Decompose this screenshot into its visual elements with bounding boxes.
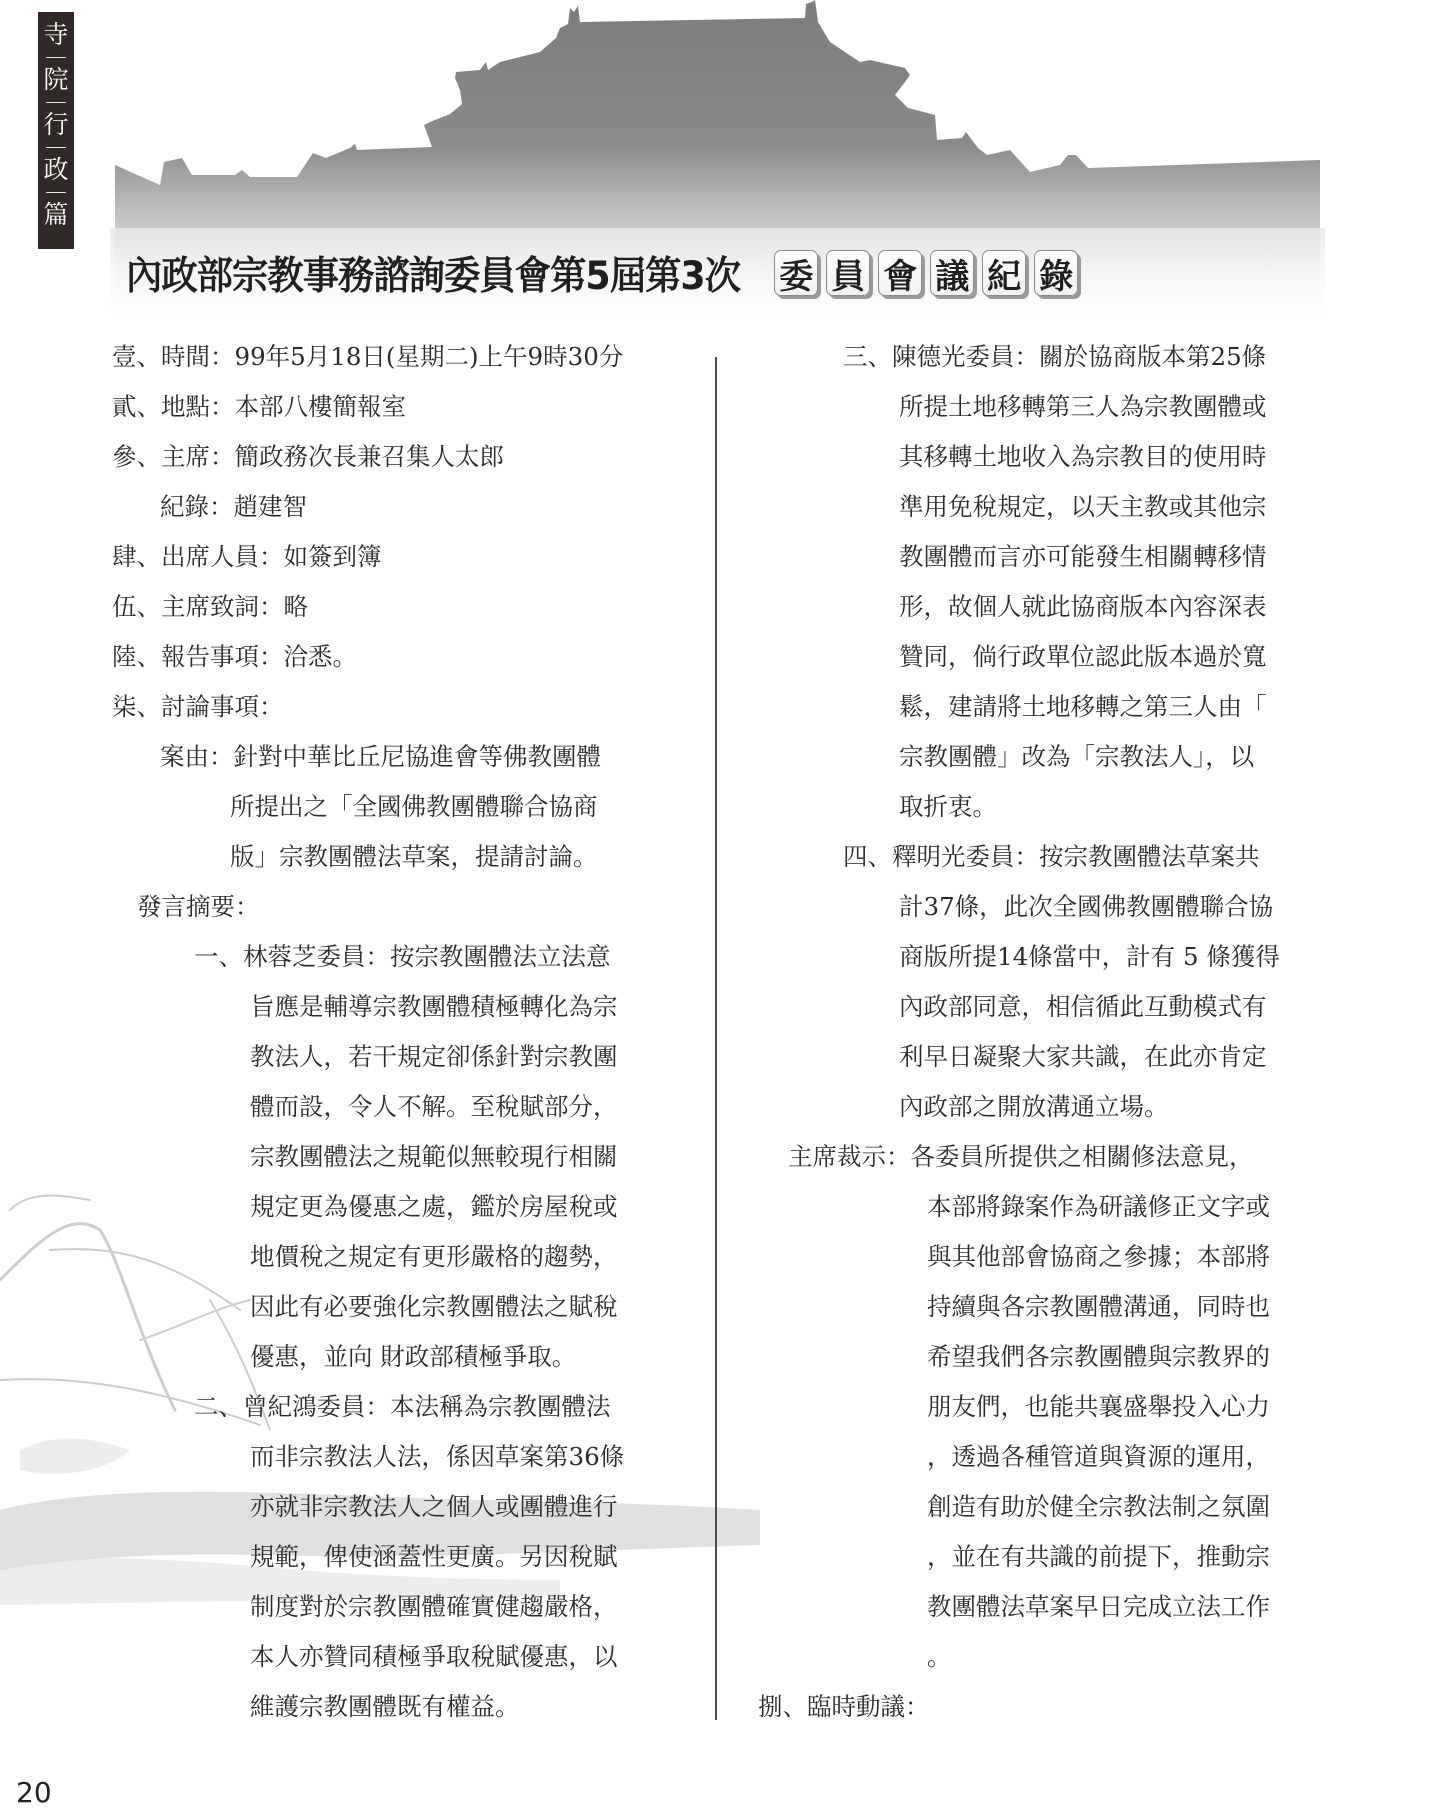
text-line: 體而設，令人不解。至稅賦部分， — [250, 1082, 618, 1132]
column-divider — [715, 357, 717, 1720]
text-line: 所提出之「全國佛教團體聯合協商 — [230, 782, 598, 832]
text-line: 二、曾紀鴻委員：本法稱為宗教團體法 — [194, 1382, 611, 1432]
title-box-char: 會 — [878, 250, 922, 296]
text-line: 取折衷。 — [899, 782, 997, 832]
text-line: 計37條，此次全國佛教團體聯合協 — [899, 882, 1273, 932]
text-line: 所提土地移轉第三人為宗教團體或 — [899, 382, 1267, 432]
title-box-char: 員 — [826, 250, 870, 296]
text-line: 發言摘要： — [137, 882, 260, 932]
text-line: 肆、出席人員：如簽到簿 — [112, 532, 382, 582]
text-line: 柒、討論事項： — [112, 682, 284, 732]
text-line: 贊同，倘行政單位認此版本過於寬 — [899, 632, 1267, 682]
text-line: 內政部之開放溝通立場。 — [899, 1082, 1169, 1132]
text-line: 教團體法草案早日完成立法工作 — [927, 1582, 1270, 1632]
title-box-char: 議 — [930, 250, 974, 296]
text-line: 貳、地點：本部八樓簡報室 — [112, 382, 406, 432]
section-tab-char: 院 — [43, 65, 68, 95]
page-title-main: 內政部宗教事務諮詢委員會第5屆第3次 — [126, 245, 740, 301]
text-line: 版」宗教團體法草案，提請討論。 — [230, 832, 598, 882]
text-line: 案由：針對中華比丘尼協進會等佛教團體 — [160, 732, 601, 782]
text-line: 制度對於宗教團體確實健趨嚴格， — [250, 1582, 618, 1632]
page-number: 20 — [16, 1778, 52, 1808]
text-line: 陸、報告事項：洽悉。 — [112, 632, 357, 682]
text-line: 朋友們，也能共襄盛舉投入心力 — [927, 1382, 1270, 1432]
text-line: 教法人，若干規定卻係針對宗教團 — [250, 1032, 618, 1082]
text-line: 規定更為優惠之處，鑑於房屋稅或 — [250, 1182, 618, 1232]
text-line: 教團體而言亦可能發生相關轉移情 — [899, 532, 1267, 582]
section-tab: 寺 院 行 政 篇 — [38, 12, 74, 249]
text-line: 希望我們各宗教團體與宗教界的 — [927, 1332, 1270, 1382]
page-title-boxed: 委 員 會 議 紀 錄 — [774, 250, 1078, 296]
text-line: 地價稅之規定有更形嚴格的趨勢， — [250, 1232, 618, 1282]
section-tab-separator — [46, 147, 66, 148]
text-line: 商版所提14條當中，計有 5 條獲得 — [899, 932, 1280, 982]
text-line: 捌、臨時動議： — [758, 1682, 930, 1732]
text-line: 主席裁示：各委員所提供之相關修法意見， — [788, 1132, 1254, 1182]
text-line: 。 — [927, 1632, 952, 1682]
text-line: 持續與各宗教團體溝通，同時也 — [927, 1282, 1270, 1332]
text-line: 準用免稅規定，以天主教或其他宗 — [899, 482, 1267, 532]
title-box-char: 委 — [774, 250, 818, 296]
section-tab-separator — [46, 57, 66, 58]
text-line: ，透過各種管道與資源的運用， — [927, 1432, 1270, 1482]
text-line: 宗教團體法之規範似無較現行相關 — [250, 1132, 618, 1182]
text-line: 而非宗教法人法，係因草案第36條 — [250, 1432, 624, 1482]
text-line: ，並在有共識的前提下，推動宗 — [927, 1532, 1270, 1582]
section-tab-char: 寺 — [43, 20, 68, 50]
text-line: 因此有必要強化宗教團體法之賦稅 — [250, 1282, 618, 1332]
text-line: 紀錄：趙建智 — [160, 482, 307, 532]
text-line: 鬆，建請將土地移轉之第三人由「 — [899, 682, 1267, 732]
text-line: 伍、主席致詞：略 — [112, 582, 308, 632]
section-tab-separator — [46, 192, 66, 193]
text-line: 旨應是輔導宗教團體積極轉化為宗 — [250, 982, 618, 1032]
section-tab-separator — [46, 102, 66, 103]
text-line: 四、釋明光委員：按宗教團體法草案共 — [843, 832, 1260, 882]
text-line: 本部將錄案作為研議修正文字或 — [927, 1182, 1270, 1232]
text-line: 參、主席：簡政務次長兼召集人太郎 — [112, 432, 504, 482]
text-line: 利早日凝聚大家共識，在此亦肯定 — [899, 1032, 1267, 1082]
text-line: 壹、時間：99年5月18日(星期二)上午9時30分 — [112, 332, 623, 382]
text-line: 亦就非宗教法人之個人或團體進行 — [250, 1482, 618, 1532]
text-line: 優惠，並向 財政部積極爭取。 — [250, 1332, 576, 1382]
page-title: 內政部宗教事務諮詢委員會第5屆第3次 委 員 會 議 紀 錄 — [126, 245, 1078, 301]
text-line: 其移轉土地收入為宗教目的使用時 — [899, 432, 1267, 482]
section-tab-char: 政 — [43, 155, 68, 185]
title-box-char: 紀 — [982, 250, 1026, 296]
text-line: 一、林蓉芝委員：按宗教團體法立法意 — [194, 932, 611, 982]
text-line: 與其他部會協商之參據；本部將 — [927, 1232, 1270, 1282]
section-tab-char: 行 — [43, 110, 68, 140]
text-line: 維護宗教團體既有權益。 — [250, 1682, 520, 1732]
section-tab-char: 篇 — [43, 200, 68, 230]
text-line: 創造有助於健全宗教法制之氛圍 — [927, 1482, 1270, 1532]
text-line: 宗教團體」改為「宗教法人」，以 — [899, 732, 1254, 782]
title-box-char: 錄 — [1034, 250, 1078, 296]
text-line: 三、陳德光委員：關於協商版本第25條 — [843, 332, 1266, 382]
text-line: 本人亦贊同積極爭取稅賦優惠，以 — [250, 1632, 618, 1682]
text-line: 內政部同意，相信循此互動模式有 — [899, 982, 1267, 1032]
text-line: 規範，俾使涵蓋性更廣。另因稅賦 — [250, 1532, 618, 1582]
text-line: 形，故個人就此協商版本內容深表 — [899, 582, 1267, 632]
